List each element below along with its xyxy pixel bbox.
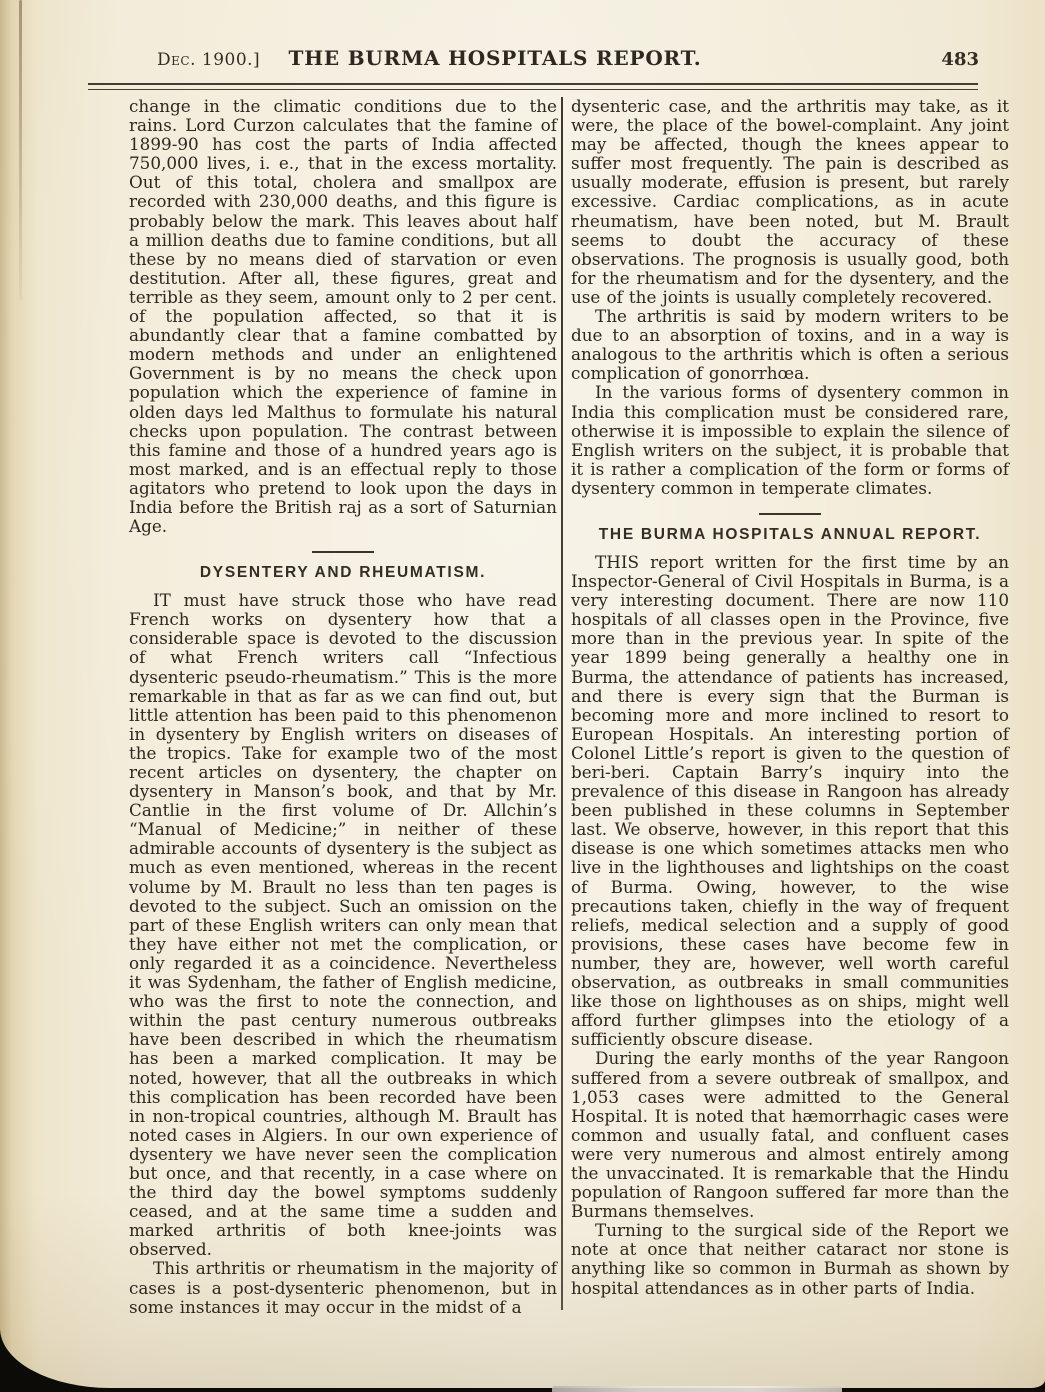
- section-heading-dysentery: DYSENTERY AND RHEUMATISM.: [129, 564, 557, 582]
- two-column-text-area: change in the climatic conditions due to…: [129, 97, 1009, 1317]
- section-divider-rule: [312, 551, 374, 553]
- scan-edge-sliver: [552, 1386, 842, 1392]
- paragraph-arthritis-toxins: The arthritis is said by modern writers …: [571, 307, 1009, 383]
- page-number: 483: [941, 49, 979, 70]
- scanned-journal-page: Dec. 1900.] THE BURMA HOSPITALS REPORT. …: [0, 0, 1045, 1392]
- paragraph-arthritis-majority: This arthritis or rheumatism in the majo…: [129, 1259, 557, 1316]
- paragraph-dysenteric-case-continuation: dysenteric case, and the arthritis may t…: [571, 97, 1009, 307]
- paragraph-famine-continuation: change in the climatic conditions due to…: [129, 97, 557, 536]
- left-column: change in the climatic conditions due to…: [129, 97, 557, 1317]
- binding-crease: [19, 0, 22, 300]
- paragraph-smallpox-outbreak: During the early months of the year Rang…: [571, 1049, 1009, 1221]
- running-head-title: THE BURMA HOSPITALS REPORT.: [0, 46, 990, 70]
- header-double-rule: [88, 83, 978, 90]
- paragraph-forms-of-dysentery: In the various forms of dysentery common…: [571, 383, 1009, 498]
- paragraph-dysentery-rheumatism: IT must have struck those who have read …: [129, 591, 557, 1259]
- right-column: dysenteric case, and the arthritis may t…: [571, 97, 1009, 1317]
- column-divider-line: [561, 97, 563, 1310]
- section-heading-annual-report: THE BURMA HOSPITALS ANNUAL REPORT.: [571, 526, 1009, 544]
- paragraph-annual-report: THIS report written for the first time b…: [571, 553, 1009, 1049]
- section-divider-rule: [759, 513, 821, 515]
- paragraph-surgical-side: Turning to the surgical side of the Repo…: [571, 1221, 1009, 1297]
